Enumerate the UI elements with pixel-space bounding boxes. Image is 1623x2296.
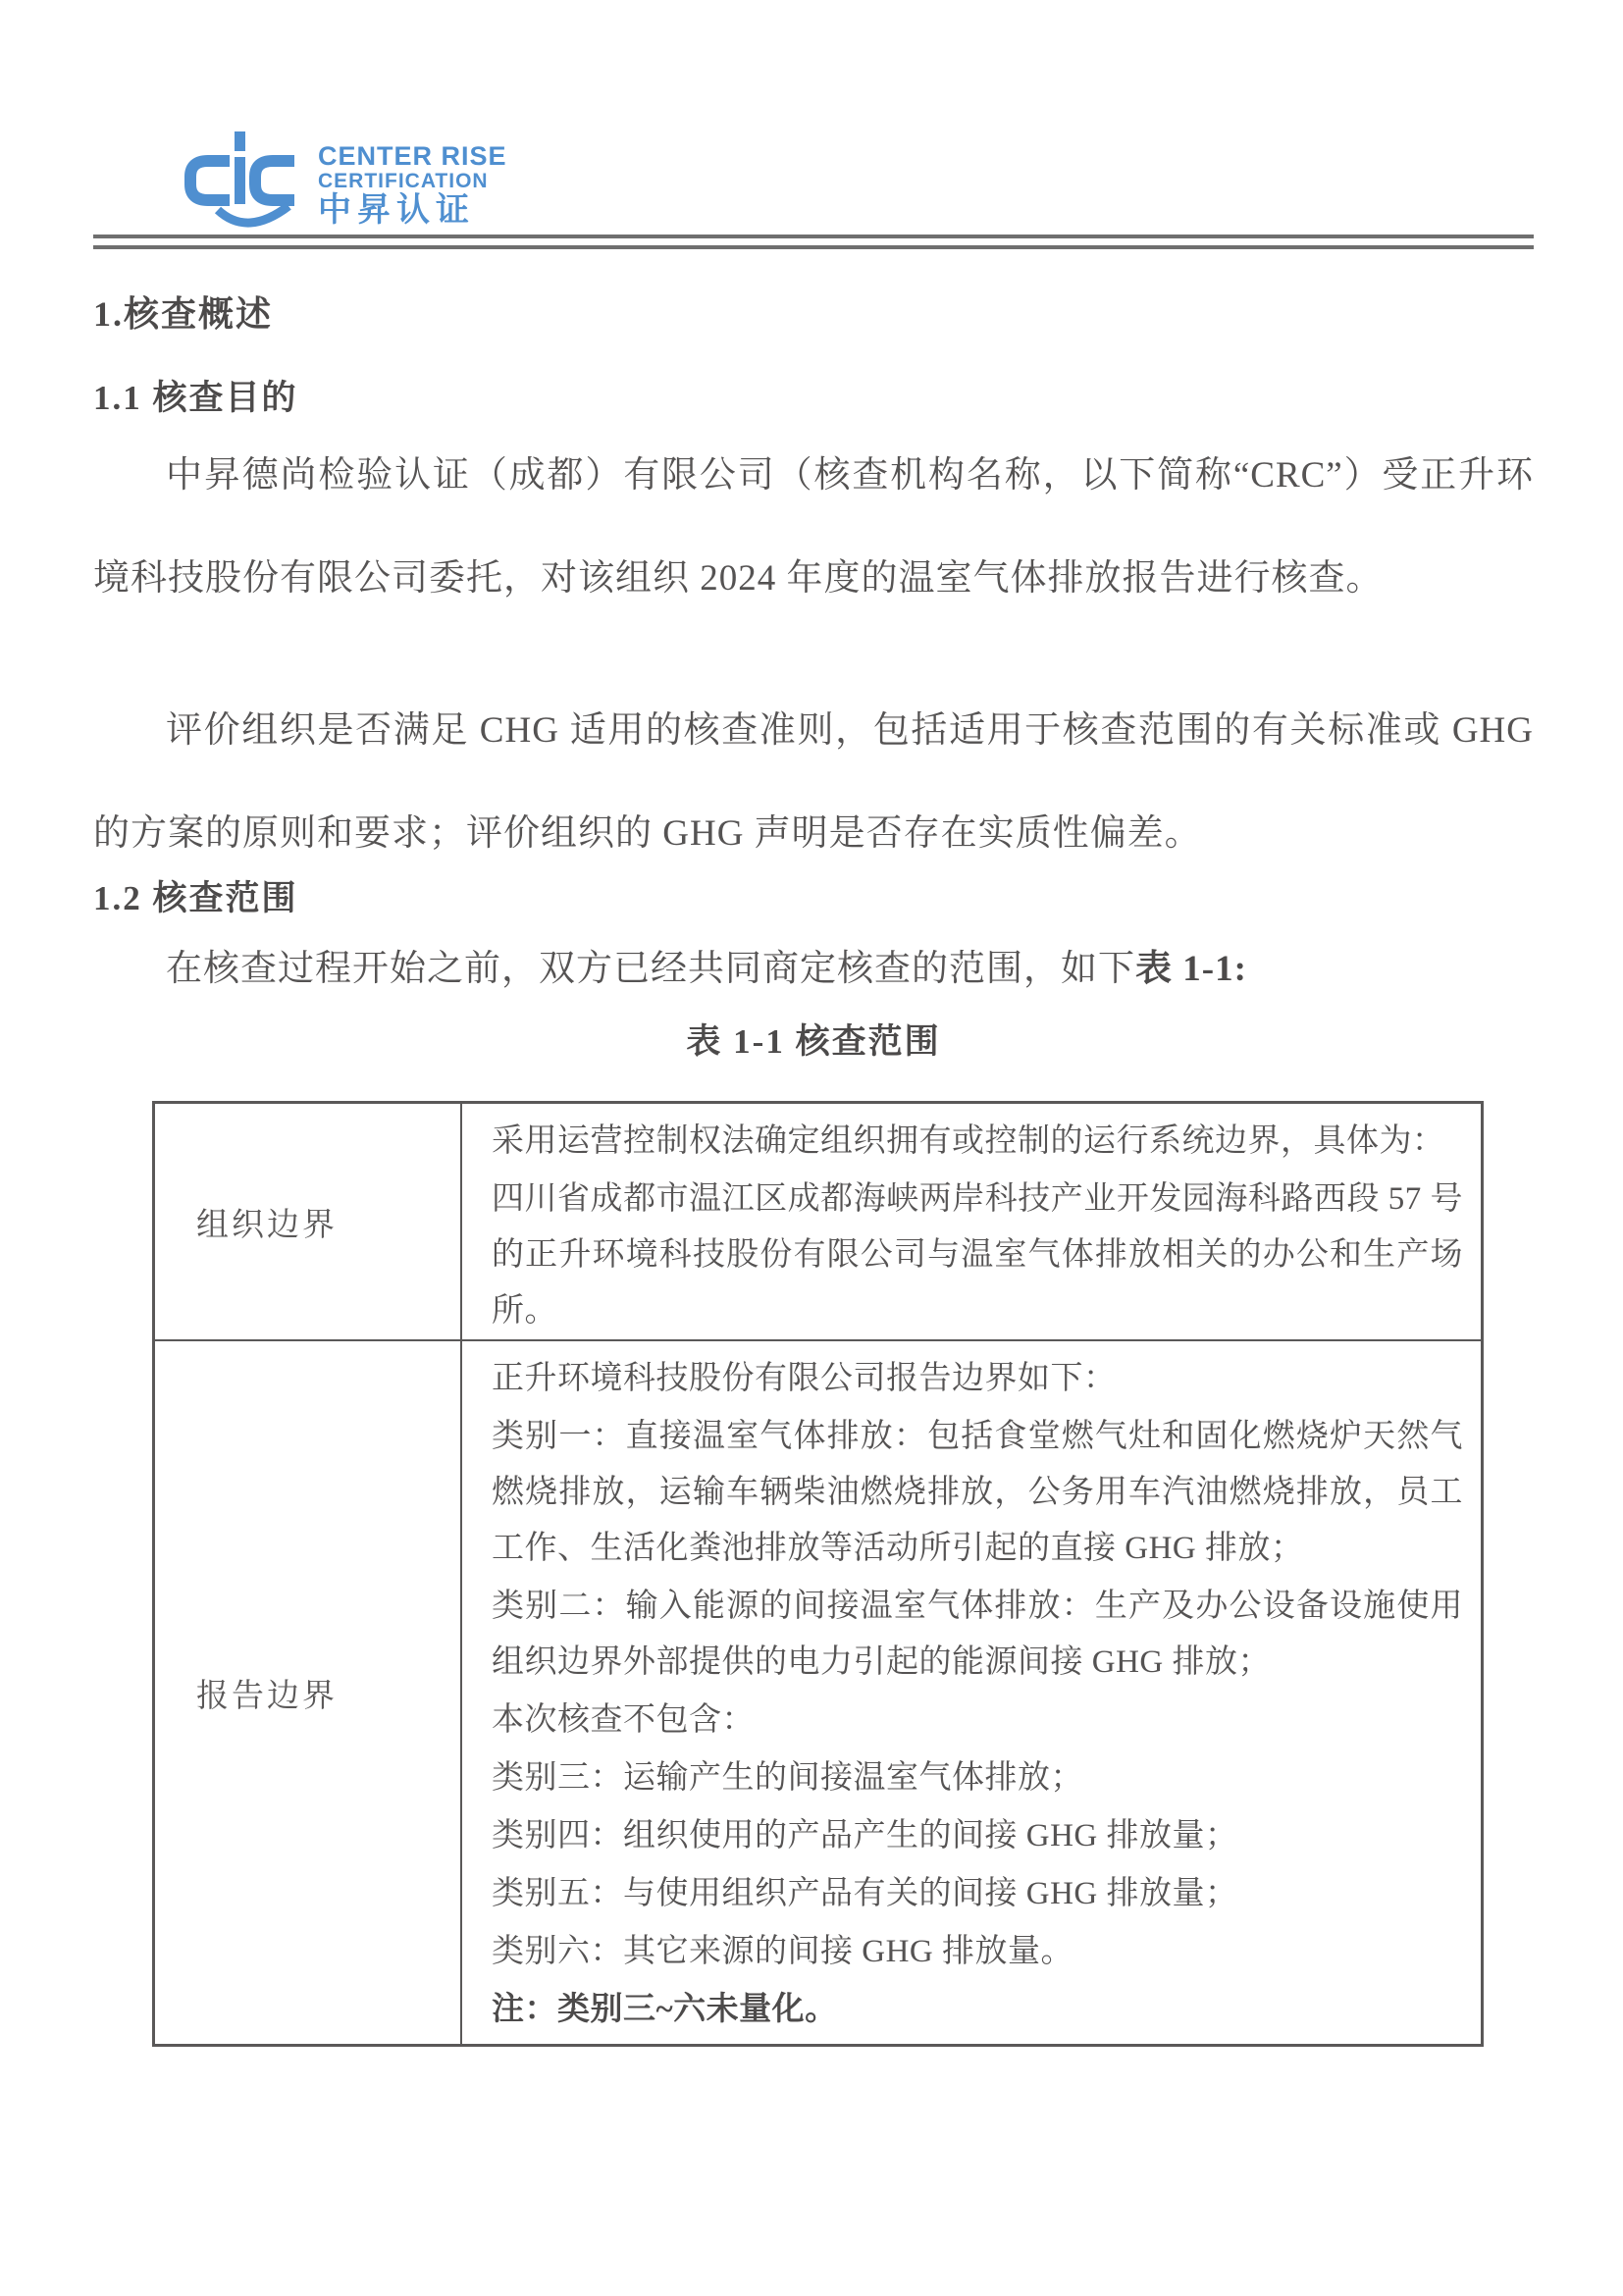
row-label-reporting-boundary: 报告边界 (155, 1341, 462, 2044)
section-heading-1: 1.核查概述 (93, 287, 273, 337)
logo-line-center-rise: CENTER RISE (318, 143, 507, 171)
logo-text: CENTER RISE CERTIFICATION 中昇认证 (318, 128, 507, 228)
paragraph-scope-intro: 在核查过程开始之前，双方已经共同商定核查的范围，如下表 1-1: (93, 934, 1534, 1005)
org-boundary-line: 采用运营控制权法确定组织拥有或控制的运行系统边界，具体为： (492, 1114, 1463, 1170)
report-boundary-line: 本次核查不包含： (492, 1693, 1463, 1748)
scope-intro-text: 在核查过程开始之前，双方已经共同商定核查的范围，如下 (166, 949, 1135, 989)
header-divider-rule (93, 235, 1534, 249)
scope-table: 组织边界 采用运营控制权法确定组织拥有或控制的运行系统边界，具体为： 四川省成都… (152, 1101, 1484, 2047)
org-boundary-line: 四川省成都市温江区成都海峡两岸科技产业开发园海科路西段 57 号的正升环境科技股… (492, 1172, 1463, 1339)
crc-logo-icon (179, 128, 304, 234)
company-logo: CENTER RISE CERTIFICATION 中昇认证 (179, 128, 507, 234)
paragraph-verification-purpose: 中昇德尚检验认证（成都）有限公司（核查机构名称，以下简称“CRC”）受正升环境科… (93, 424, 1534, 630)
report-boundary-line: 类别六：其它来源的间接 GHG 排放量。 (492, 1924, 1463, 1980)
row-content-reporting-boundary: 正升环境科技股份有限公司报告边界如下： 类别一：直接温室气体排放：包括食堂燃气灶… (462, 1341, 1481, 2044)
table-row-organization-boundary: 组织边界 采用运营控制权法确定组织拥有或控制的运行系统边界，具体为： 四川省成都… (155, 1104, 1481, 1341)
section-heading-1-1: 1.1 核查目的 (93, 371, 298, 420)
report-boundary-line: 类别三：运输产生的间接温室气体排放； (492, 1750, 1463, 1806)
logo-line-chinese-name: 中昇认证 (318, 193, 507, 228)
row-label-organization-boundary: 组织边界 (155, 1104, 462, 1339)
section-heading-1-2: 1.2 核查范围 (93, 871, 298, 920)
report-boundary-line: 类别二：输入能源的间接温室气体排放：生产及办公设备设施使用组织边界外部提供的电力… (492, 1579, 1463, 1691)
scope-intro-table-ref: 表 1-1: (1135, 949, 1247, 989)
report-boundary-line: 正升环境科技股份有限公司报告边界如下： (492, 1351, 1463, 1407)
report-boundary-line: 类别五：与使用组织产品有关的间接 GHG 排放量； (492, 1866, 1463, 1922)
logo-line-certification: CERTIFICATION (318, 171, 507, 191)
row-content-organization-boundary: 采用运营控制权法确定组织拥有或控制的运行系统边界，具体为： 四川省成都市温江区成… (462, 1104, 1481, 1339)
paragraph-evaluation-criteria: 评价组织是否满足 CHG 适用的核查准则，包括适用于核查范围的有关标准或 GHG… (93, 679, 1534, 885)
report-boundary-line: 类别一：直接温室气体排放：包括食堂燃气灶和固化燃烧炉天然气燃烧排放，运输车辆柴油… (492, 1409, 1463, 1577)
table-row-reporting-boundary: 报告边界 正升环境科技股份有限公司报告边界如下： 类别一：直接温室气体排放：包括… (155, 1341, 1481, 2044)
report-boundary-line: 类别四：组织使用的产品产生的间接 GHG 排放量； (492, 1808, 1463, 1864)
document-page: CENTER RISE CERTIFICATION 中昇认证 1.核查概述 1.… (0, 0, 1623, 2296)
report-boundary-note: 注：类别三~六未量化。 (492, 1982, 1463, 2038)
table-caption: 表 1-1 核查范围 (93, 1015, 1534, 1064)
